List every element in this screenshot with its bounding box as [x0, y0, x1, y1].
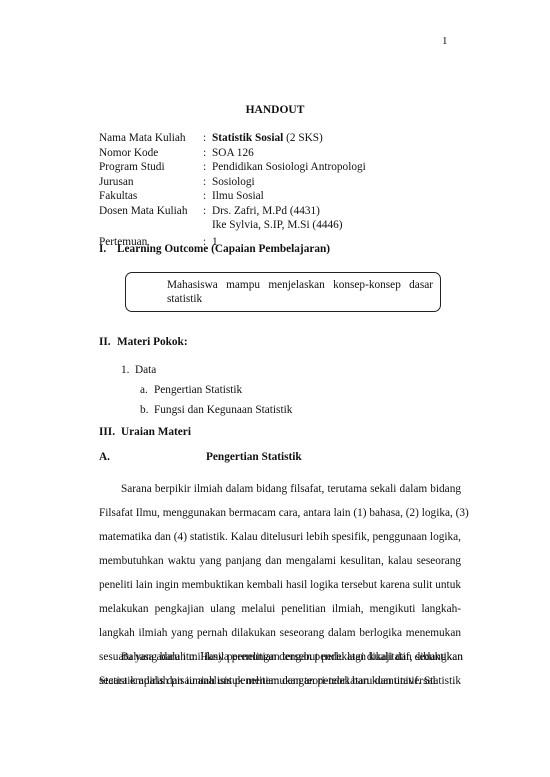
outline-label: Data — [135, 364, 156, 376]
section-title: Materi Pokok: — [117, 336, 188, 348]
paragraph-line: Statistik adalah pisau analisis peneliti… — [99, 669, 461, 693]
info-colon: : — [203, 146, 212, 161]
info-value: Ilmu Sosial — [212, 189, 264, 204]
outline-marker: 1. — [121, 360, 135, 380]
learning-outcome-box: Mahasiswa mampu menjelaskan konsep-konse… — [125, 272, 441, 312]
outline-item: 1.Data — [121, 360, 292, 380]
course-info-row: Ike Sylvia, S.IP, M.Si (4446) — [99, 218, 366, 233]
info-value: Ike Sylvia, S.IP, M.Si (4446) — [212, 218, 343, 233]
info-colon: : — [203, 189, 212, 204]
section-heading-materi-pokok: II.Materi Pokok: — [99, 336, 188, 348]
section-number: III. — [99, 426, 121, 438]
body-paragraph: Bahasa adalah miliknya penelitian dengan… — [99, 645, 461, 693]
info-label: Dosen Mata Kuliah — [99, 204, 203, 219]
subsection-number: A. — [99, 451, 110, 463]
info-label: Fakultas — [99, 189, 203, 204]
lo-line: statistik — [167, 292, 433, 306]
section-number: I. — [99, 243, 117, 255]
outline-marker: b. — [140, 400, 154, 420]
section-title: Learning Outcome (Capaian Pembelajaran) — [117, 243, 330, 255]
document-title: HANDOUT — [0, 104, 550, 116]
info-label: Nama Mata Kuliah — [99, 131, 203, 146]
info-value: Pendidikan Sosiologi Antropologi — [212, 160, 366, 175]
info-colon: : — [203, 131, 212, 146]
paragraph-line: melakukan pengkajian ulang melalui penel… — [99, 597, 461, 621]
paragraph-line: matematika dan (4) statistik. Kalau dite… — [99, 525, 461, 549]
paragraph-line: Bahasa adalah miliknya penelitian dengan… — [99, 645, 461, 669]
lo-word: dasar — [409, 278, 433, 292]
learning-outcome-text: Mahasiswa mampu menjelaskan konsep-konse… — [167, 278, 433, 306]
lo-word: menjelaskan — [268, 278, 324, 292]
info-colon: : — [203, 175, 212, 190]
info-value: SOA 126 — [212, 146, 254, 161]
course-info-row: Fakultas:Ilmu Sosial — [99, 189, 366, 204]
info-colon: : — [203, 204, 212, 219]
info-label — [99, 218, 203, 233]
section-number: II. — [99, 336, 117, 348]
course-name: Statistik Sosial — [212, 132, 283, 144]
info-value: Sosiologi — [212, 175, 255, 190]
info-colon: : — [203, 160, 212, 175]
paragraph-line: langkah ilmiah yang pernah dilakukan ses… — [99, 621, 461, 645]
paragraph-line: Sarana berpikir ilmiah dalam bidang fils… — [99, 477, 461, 501]
subsection-title: Pengertian Statistik — [206, 451, 302, 463]
info-value: Drs. Zafri, M.Pd (4431) — [212, 204, 320, 219]
course-info-row: Program Studi:Pendidikan Sosiologi Antro… — [99, 160, 366, 175]
course-info-row: Nama Mata Kuliah:Statistik Sosial (2 SKS… — [99, 131, 366, 146]
course-info-row: Jurusan:Sosiologi — [99, 175, 366, 190]
info-label: Nomor Kode — [99, 146, 203, 161]
info-label: Jurusan — [99, 175, 203, 190]
lo-word: Mahasiswa — [167, 278, 218, 292]
course-info-table: Nama Mata Kuliah:Statistik Sosial (2 SKS… — [99, 131, 366, 249]
section-title: Uraian Materi — [121, 426, 191, 438]
outline-label: Pengertian Statistik — [154, 384, 242, 396]
outline-label: Fungsi dan Kegunaan Statistik — [154, 404, 292, 416]
course-info-row: Nomor Kode:SOA 126 — [99, 146, 366, 161]
outline-subitem: b.Fungsi dan Kegunaan Statistik — [121, 400, 292, 420]
info-colon — [203, 218, 212, 233]
outline-subitem: a.Pengertian Statistik — [121, 380, 292, 400]
course-credits: (2 SKS) — [283, 132, 323, 144]
course-info-row: Dosen Mata Kuliah:Drs. Zafri, M.Pd (4431… — [99, 204, 366, 219]
info-label: Program Studi — [99, 160, 203, 175]
section-heading-learning-outcome: I.Learning Outcome (Capaian Pembelajaran… — [99, 243, 330, 255]
outline-marker: a. — [140, 380, 154, 400]
lo-word: mampu — [226, 278, 260, 292]
paragraph-line: Filsafat Ilmu, menggunakan bermacam cara… — [99, 501, 461, 525]
page-number: 1 — [442, 35, 448, 47]
paragraph-line: peneliti lain ingin membuktikan kembali … — [99, 573, 461, 597]
section-heading-uraian-materi: III.Uraian Materi — [99, 426, 191, 438]
lo-word: konsep-konsep — [333, 278, 401, 292]
paragraph-line: membutuhkan waktu yang panjang dan menga… — [99, 549, 461, 573]
topic-outline: 1.Data a.Pengertian Statistik b.Fungsi d… — [121, 360, 292, 420]
